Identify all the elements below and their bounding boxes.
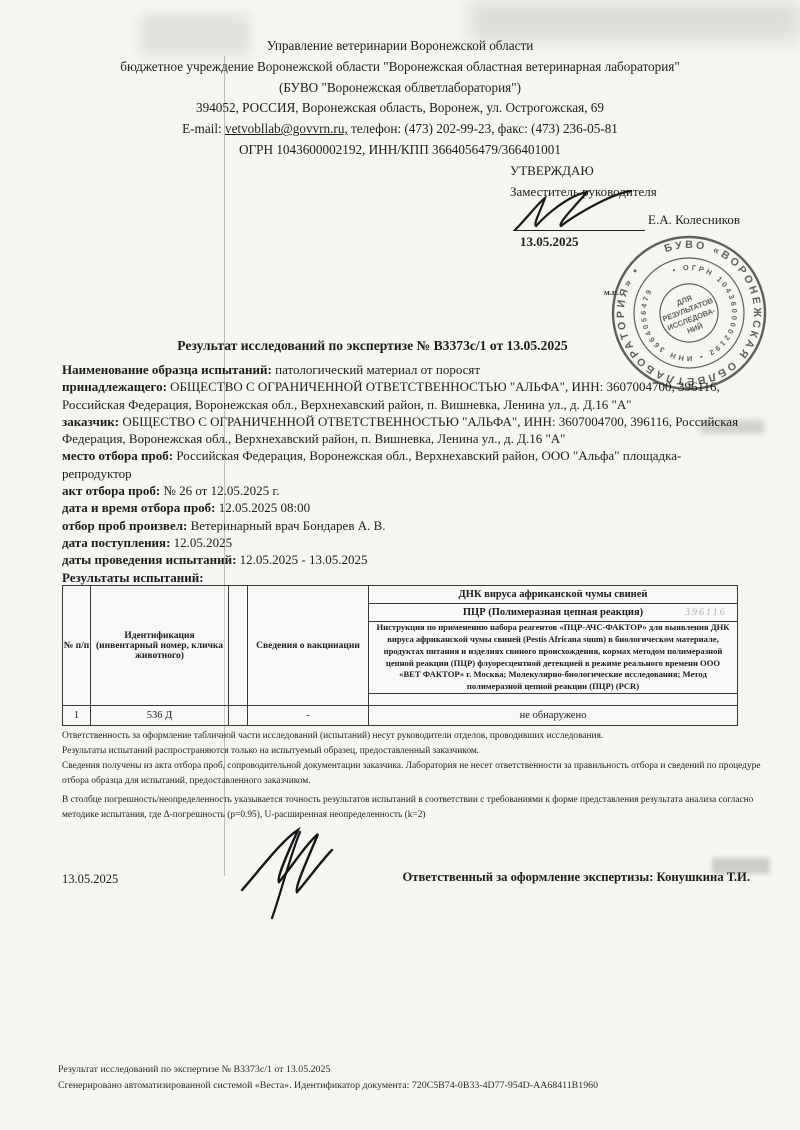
field-label: дата и время отбора проб:: [62, 500, 216, 515]
footnote-3: Сведения получены из акта отбора проб, с…: [62, 759, 768, 789]
field-results-heading: Результаты испытаний:: [62, 569, 750, 586]
org-name-line3: (БУВО "Воронежская облветлаборатория"): [28, 78, 772, 99]
org-address: 394052, РОССИЯ, Воронежская область, Вор…: [28, 98, 772, 119]
field-label: место отбора проб:: [62, 448, 173, 463]
field-value: 12.05.2025: [174, 535, 233, 550]
col-header-identification: Идентификация (инвентарный номер, кличка…: [91, 586, 229, 706]
result-method-detail: Инструкция по применению набора реагенто…: [369, 622, 737, 694]
signature-line: [513, 230, 645, 231]
row-number-cell: 1: [63, 706, 91, 725]
col-header-number: № п/п: [63, 586, 91, 706]
result-group-header: ДНК вируса африканской чумы свиней: [369, 586, 737, 604]
field-value: 12.05.2025 - 13.05.2025: [240, 552, 368, 567]
field-label: принадлежащего:: [62, 379, 167, 394]
org-name-line2: бюджетное учреждение Воронежской области…: [28, 57, 772, 78]
email-label: E-mail:: [182, 121, 222, 136]
field-label: Наименование образца испытаний:: [62, 362, 272, 377]
org-contacts: E-mail: vetvobllab@govvrn.ru, телефон: (…: [28, 119, 772, 140]
field-value: 12.05.2025 08:00: [219, 500, 310, 515]
field-sample-name: Наименование образца испытаний: патологи…: [62, 361, 750, 378]
field-sampling-datetime: дата и время отбора проб: 12.05.2025 08:…: [62, 499, 750, 516]
uncertainty-row: [369, 694, 737, 706]
footnote-4: В столбце погрешность/неопределенность у…: [62, 793, 768, 823]
field-sampler: отбор проб произвел: Ветеринарный врач Б…: [62, 517, 750, 534]
email-link: vetvobllab@govvrn.ru,: [225, 121, 348, 136]
field-label: отбор проб произвел:: [62, 518, 187, 533]
field-value: № 26 от 12.05.2025 г.: [163, 483, 279, 498]
document-title: Результат исследований по экспертизе № В…: [0, 338, 745, 354]
phone-fax: телефон: (473) 202-99-23, факс: (473) 23…: [351, 121, 618, 136]
scanned-document-page: Управление ветеринарии Воронежской облас…: [0, 0, 800, 1130]
field-label: акт отбора проб:: [62, 483, 160, 498]
page-footer: Результат исследований по экспертизе № В…: [58, 1062, 598, 1093]
footnote-1: Ответственность за оформление табличной …: [62, 729, 768, 744]
org-name-line1: Управление ветеринарии Воронежской облас…: [28, 36, 772, 57]
field-label: дата поступления:: [62, 535, 170, 550]
executor-signature: [228, 826, 353, 924]
letterhead: Управление ветеринарии Воронежской облас…: [28, 36, 772, 161]
row-identification-cell: 536 Д: [91, 706, 229, 725]
scan-ghost-number: 396116: [685, 607, 728, 618]
footnotes: Ответственность за оформление табличной …: [62, 729, 768, 823]
sample-fields: Наименование образца испытаний: патологи…: [62, 361, 750, 586]
pcr-header-text: ПЦР (Полимеразная цепная реакция): [463, 607, 643, 618]
row-empty-cell: [229, 706, 248, 725]
field-value: патологический материал от поросят: [275, 362, 480, 377]
field-value: Ветеринарный врач Бондарев А. В.: [191, 518, 386, 533]
field-customer: заказчик: ОБЩЕСТВО С ОГРАНИЧЕННОЙ ОТВЕТС…: [62, 413, 750, 448]
responsible-person: Ответственный за оформление экспертизы: …: [402, 870, 750, 885]
footnote-2: Результаты испытаний распространяются то…: [62, 744, 768, 759]
row-result-cell: не обнаружено: [369, 706, 737, 725]
org-ogrn-inn: ОГРН 1043600002192, ИНН/КПП 3664056479/3…: [28, 140, 772, 161]
field-test-dates: даты проведения испытаний: 12.05.2025 - …: [62, 551, 750, 568]
field-label: Результаты испытаний:: [62, 570, 204, 585]
signoff-date: 13.05.2025: [62, 872, 118, 887]
row-vaccination-cell: -: [248, 706, 369, 725]
approve-label: УТВЕРЖДАЮ: [510, 160, 657, 181]
field-label: даты проведения испытаний:: [62, 552, 236, 567]
result-method-header: ПЦР (Полимеразная цепная реакция) 396116: [369, 604, 737, 622]
footer-expertise-ref: Результат исследований по экспертизе № В…: [58, 1062, 598, 1078]
field-receipt-date: дата поступления: 12.05.2025: [62, 534, 750, 551]
col-header-vaccination: Сведения о вакцинации: [248, 586, 369, 706]
approval-date: 13.05.2025: [520, 234, 579, 250]
field-owner: принадлежащего: ОБЩЕСТВО С ОГРАНИЧЕННОЙ …: [62, 378, 750, 413]
col-header-empty: [229, 586, 248, 706]
footer-generated-by: Сгенерировано автоматизированной системо…: [58, 1078, 598, 1094]
field-sampling-place: место отбора проб: Российская Федерация,…: [62, 447, 750, 482]
results-table: № п/п Идентификация (инвентарный номер, …: [62, 585, 738, 726]
field-sampling-act: акт отбора проб: № 26 от 12.05.2025 г.: [62, 482, 750, 499]
field-label: заказчик:: [62, 414, 119, 429]
field-value: ОБЩЕСТВО С ОГРАНИЧЕННОЙ ОТВЕТСТВЕННОСТЬЮ…: [62, 414, 738, 446]
